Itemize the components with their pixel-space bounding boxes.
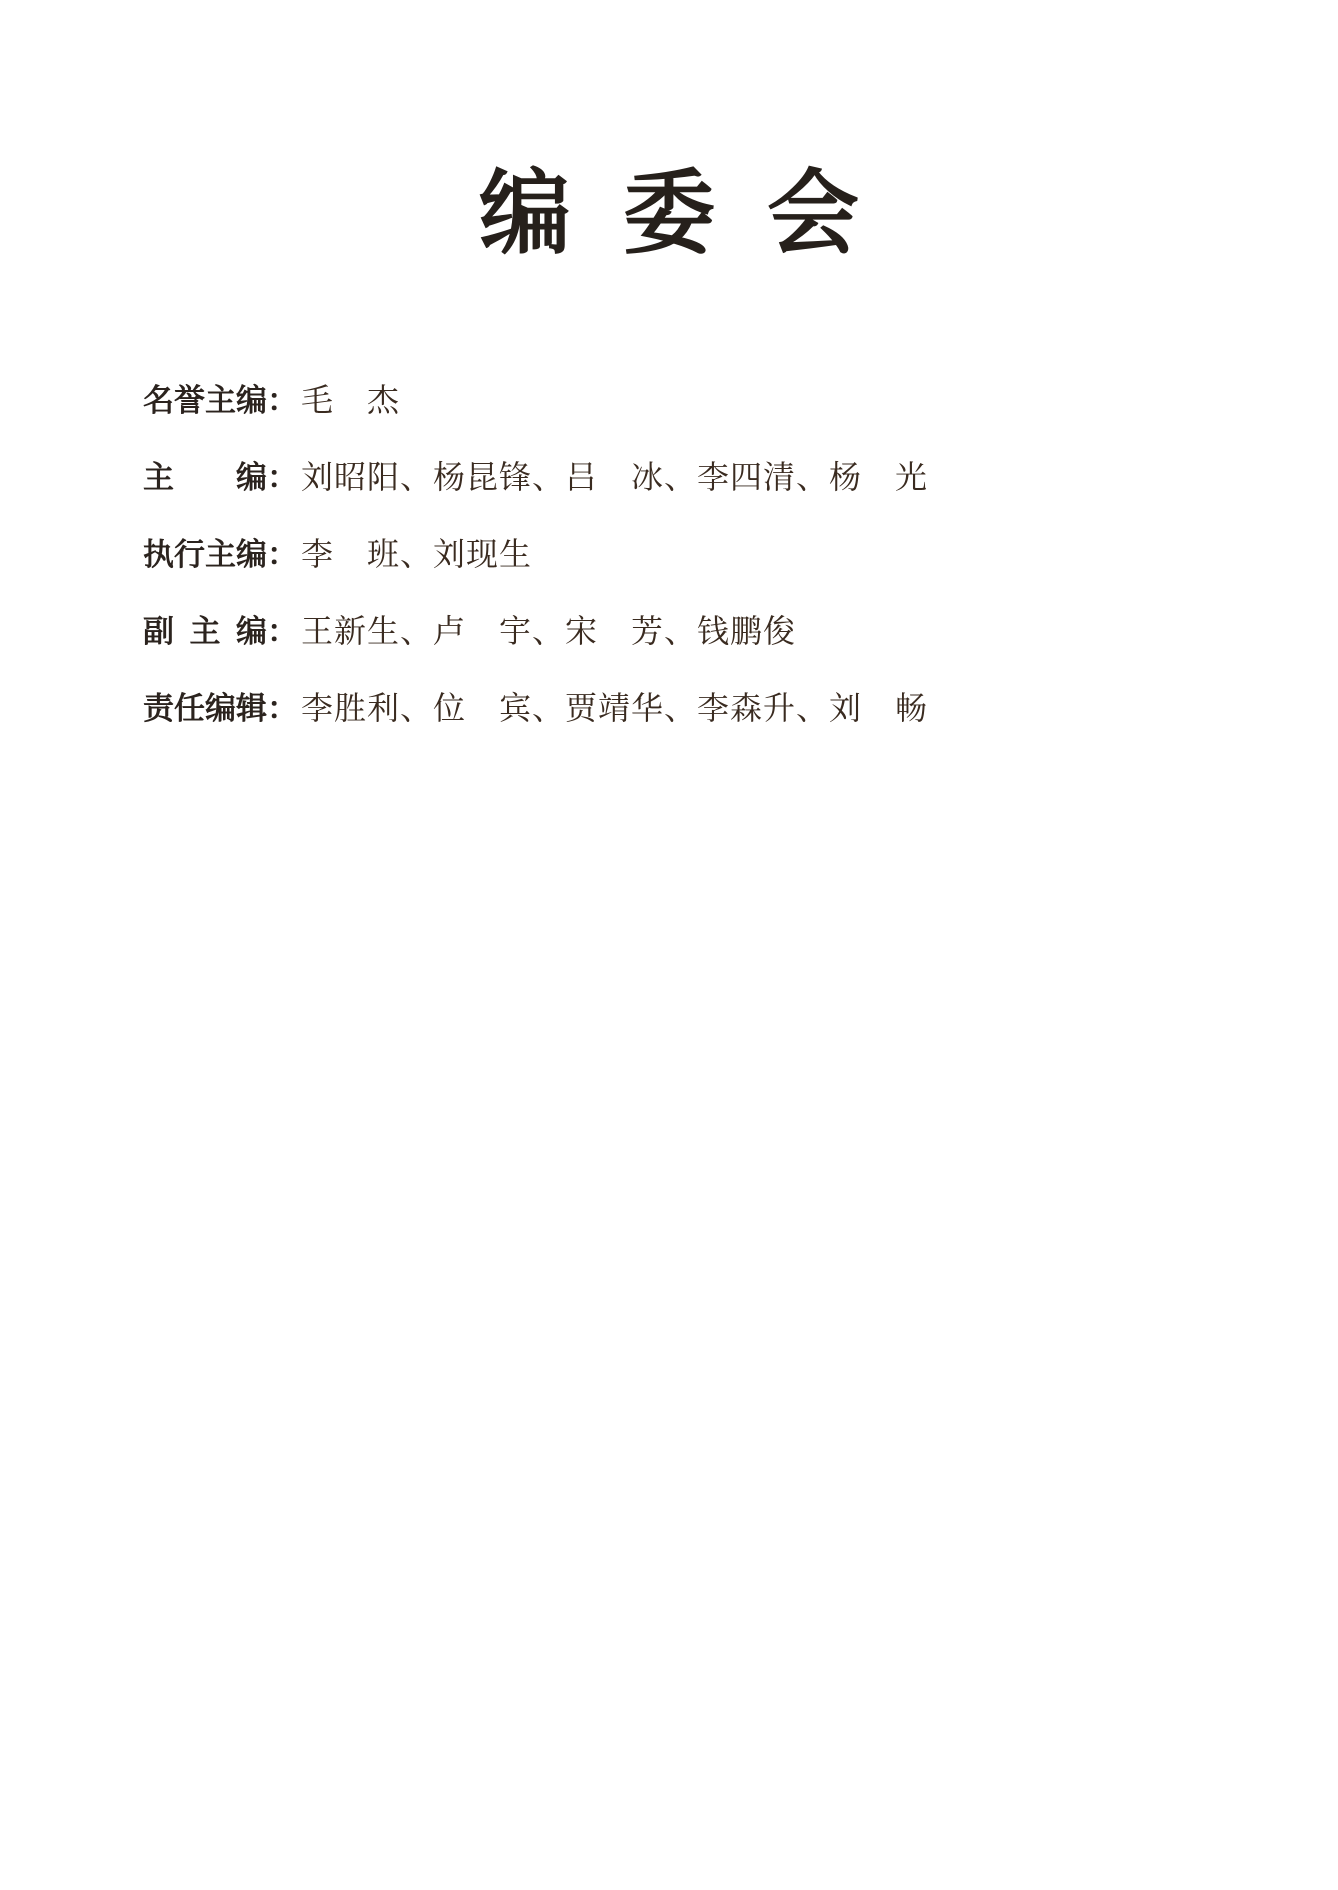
board-row-chief-editor: 主编 ： 刘昭阳、杨昆锋、吕 冰、李四清、杨 光 xyxy=(143,436,1243,513)
label-colon: ： xyxy=(267,375,301,420)
page-title: 编委会 xyxy=(0,168,1338,260)
role-label: 副主编 xyxy=(143,606,267,651)
role-names: 王新生、卢 宇、宋 芳、钱鹏俊 xyxy=(301,606,796,652)
board-row-deputy-editor: 副主编 ： 王新生、卢 宇、宋 芳、钱鹏俊 xyxy=(143,590,1243,667)
label-colon: ： xyxy=(267,606,301,651)
role-label: 主编 xyxy=(143,452,267,497)
editorial-board-list: 名誉主编 ： 毛 杰 主编 ： 刘昭阳、杨昆锋、吕 冰、李四清、杨 光 执行主编… xyxy=(143,359,1243,744)
editorial-board-page: 编委会 名誉主编 ： 毛 杰 主编 ： 刘昭阳、杨昆锋、吕 冰、李四清、杨 光 … xyxy=(0,0,1338,1890)
page-title-text: 编委会 xyxy=(479,163,911,265)
label-colon: ： xyxy=(267,683,301,728)
board-row-honorary-editor: 名誉主编 ： 毛 杰 xyxy=(143,359,1243,436)
role-names: 毛 杰 xyxy=(301,375,400,421)
role-names: 刘昭阳、杨昆锋、吕 冰、李四清、杨 光 xyxy=(301,452,928,498)
role-names: 李 班、刘现生 xyxy=(301,529,532,575)
role-label: 责任编辑 xyxy=(143,683,267,728)
label-colon: ： xyxy=(267,452,301,497)
board-row-executive-editor: 执行主编 ： 李 班、刘现生 xyxy=(143,513,1243,590)
board-row-responsible-editor: 责任编辑 ： 李胜利、位 宾、贾靖华、李森升、刘 畅 xyxy=(143,667,1243,744)
label-colon: ： xyxy=(267,529,301,574)
role-names: 李胜利、位 宾、贾靖华、李森升、刘 畅 xyxy=(301,683,928,729)
role-label: 名誉主编 xyxy=(143,375,267,420)
role-label: 执行主编 xyxy=(143,529,267,574)
